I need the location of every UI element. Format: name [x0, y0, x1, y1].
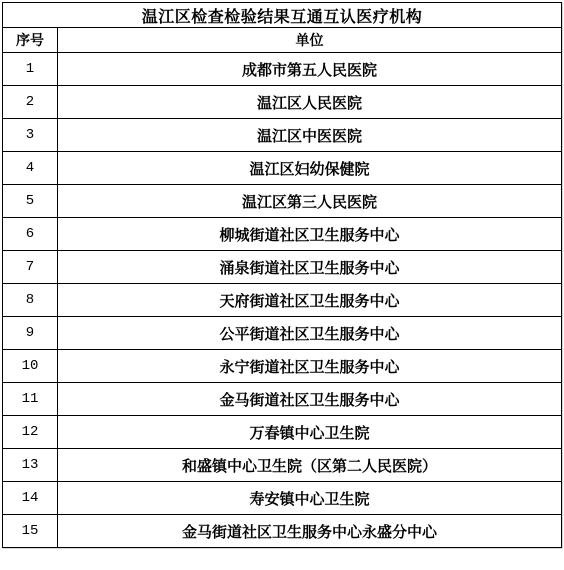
row-number-cell: 7: [3, 251, 58, 284]
table-row: 10 永宁街道社区卫生服务中心: [3, 350, 562, 383]
row-number-cell: 14: [3, 482, 58, 515]
table-row: 6 柳城街道社区卫生服务中心: [3, 218, 562, 251]
unit-cell: 金马街道社区卫生服务中心: [58, 383, 562, 416]
table-row: 3 温江区中医医院: [3, 119, 562, 152]
table-row: 7 涌泉街道社区卫生服务中心: [3, 251, 562, 284]
row-number-cell: 2: [3, 86, 58, 119]
table-row: 2 温江区人民医院: [3, 86, 562, 119]
row-number-cell: 15: [3, 515, 58, 548]
table-row: 8 天府街道社区卫生服务中心: [3, 284, 562, 317]
unit-cell: 公平街道社区卫生服务中心: [58, 317, 562, 350]
title-row: 温江区检查检验结果互通互认医疗机构: [3, 3, 562, 28]
col-header-unit: 单位: [58, 28, 562, 53]
unit-cell: 柳城街道社区卫生服务中心: [58, 218, 562, 251]
unit-cell: 温江区中医医院: [58, 119, 562, 152]
row-number-cell: 9: [3, 317, 58, 350]
table-row: 1 成都市第五人民医院: [3, 53, 562, 86]
col-header-no: 序号: [3, 28, 58, 53]
unit-cell: 金马街道社区卫生服务中心永盛分中心: [58, 515, 562, 548]
table-row: 4 温江区妇幼保健院: [3, 152, 562, 185]
table-row: 5 温江区第三人民医院: [3, 185, 562, 218]
unit-cell: 温江区第三人民医院: [58, 185, 562, 218]
row-number-cell: 11: [3, 383, 58, 416]
unit-cell: 温江区人民医院: [58, 86, 562, 119]
row-number-cell: 5: [3, 185, 58, 218]
table-row: 11 金马街道社区卫生服务中心: [3, 383, 562, 416]
table-row: 15 金马街道社区卫生服务中心永盛分中心: [3, 515, 562, 548]
unit-cell: 永宁街道社区卫生服务中心: [58, 350, 562, 383]
unit-cell: 涌泉街道社区卫生服务中心: [58, 251, 562, 284]
row-number-cell: 4: [3, 152, 58, 185]
unit-cell: 温江区妇幼保健院: [58, 152, 562, 185]
unit-cell: 万春镇中心卫生院: [58, 416, 562, 449]
row-number-cell: 12: [3, 416, 58, 449]
unit-cell: 寿安镇中心卫生院: [58, 482, 562, 515]
row-number-cell: 8: [3, 284, 58, 317]
header-row: 序号 单位: [3, 28, 562, 53]
table-row: 14 寿安镇中心卫生院: [3, 482, 562, 515]
unit-cell: 和盛镇中心卫生院（区第二人民医院）: [58, 449, 562, 482]
row-number-cell: 3: [3, 119, 58, 152]
row-number-cell: 13: [3, 449, 58, 482]
unit-cell: 成都市第五人民医院: [58, 53, 562, 86]
row-number-cell: 6: [3, 218, 58, 251]
row-number-cell: 1: [3, 53, 58, 86]
table-row: 12 万春镇中心卫生院: [3, 416, 562, 449]
table-title: 温江区检查检验结果互通互认医疗机构: [3, 3, 562, 28]
table-row: 13 和盛镇中心卫生院（区第二人民医院）: [3, 449, 562, 482]
table-row: 9 公平街道社区卫生服务中心: [3, 317, 562, 350]
unit-cell: 天府街道社区卫生服务中心: [58, 284, 562, 317]
mutual-recognition-table: 温江区检查检验结果互通互认医疗机构 序号 单位 1 成都市第五人民医院 2 温江…: [2, 2, 562, 548]
row-number-cell: 10: [3, 350, 58, 383]
